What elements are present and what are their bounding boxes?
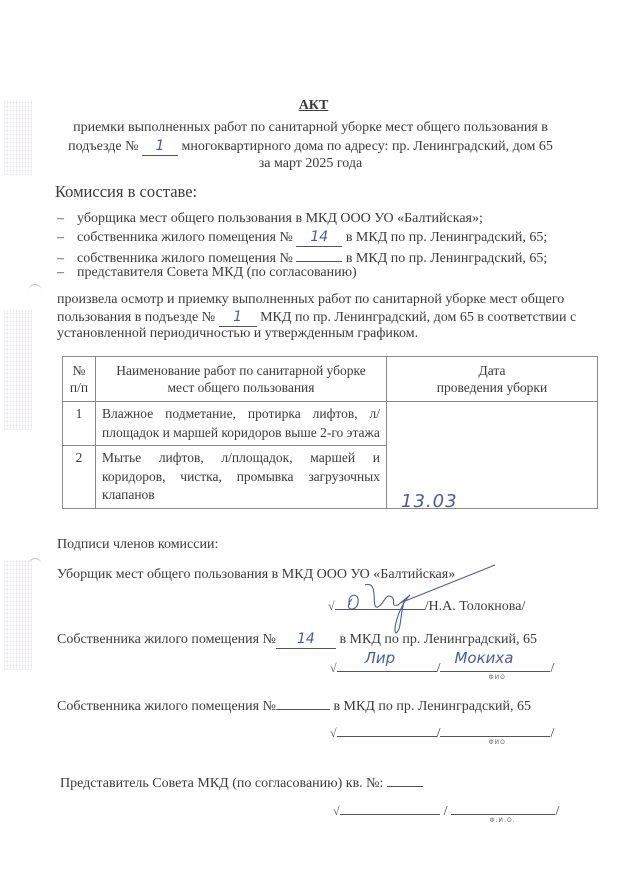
header-num: № п/п [63, 357, 96, 402]
owner2-label: Собственника жилого помещения № в МКД по… [57, 695, 531, 715]
signature-line: Лир [337, 657, 437, 672]
punch-hole-mark [28, 558, 42, 573]
inspection-line-2: пользования в подъезде № 1 МКД по пр. Ле… [57, 309, 576, 327]
council-signature-row: √/Ф.И.О./ [333, 800, 559, 820]
header-date: Дата проведения уборки [387, 357, 598, 402]
scan-margin-artifact [4, 310, 32, 430]
owner1-label: Собственника жилого помещения №14 в МКД … [57, 631, 537, 649]
owner1-signature-row: √Лир/МокихаФИО/ [330, 657, 554, 677]
signatures-heading: Подписи членов комиссии: [57, 537, 218, 553]
apartment-number-field: 14 [276, 631, 336, 649]
commission-member: –собственника жилого помещения № в МКД п… [57, 247, 547, 267]
table-row: 1 Влажное подметание, протирка лифтов, л… [63, 402, 598, 446]
fio-line: МокихаФИО [440, 657, 550, 672]
cleaner-signature-icon [330, 555, 500, 635]
council-label: Представитель Совета МКД (по согласовани… [60, 772, 423, 792]
commission-member: –собственника жилого помещения № 14 в МК… [57, 229, 547, 247]
apartment-number-field [387, 772, 423, 787]
subtitle-line-1: приемки выполненных работ по санитарной … [0, 120, 621, 136]
subtitle-line-2: подъезде № 1 многоквартирного дома по ад… [0, 138, 621, 156]
inspection-line-3: установленной периодичностью и утвержден… [57, 326, 418, 342]
handwritten-date: 13.03 [401, 493, 458, 512]
apartment-number-field [296, 247, 342, 262]
punch-hole-mark [28, 284, 42, 299]
entrance-number-field: 1 [142, 138, 178, 156]
works-table: № п/п Наименование работ по санитарной у… [62, 356, 598, 509]
table-header-row: № п/п Наименование работ по санитарной у… [63, 357, 598, 402]
signature-line [337, 722, 437, 737]
commission-heading: Комиссия в составе: [55, 182, 197, 202]
scanned-act-page: АКТ приемки выполненных работ по санитар… [0, 0, 621, 877]
entrance-number-field: 1 [219, 309, 257, 327]
apartment-number-field: 14 [296, 229, 342, 247]
row-work-name: Мытье лифтов, л/площадок, маршей и корид… [96, 446, 387, 509]
scan-margin-artifact [4, 560, 32, 670]
apartment-number-field [276, 695, 330, 710]
date-cell: 13.03 [387, 402, 598, 509]
document-title: АКТ [0, 98, 621, 114]
signature-line [340, 800, 440, 815]
row-num: 1 [63, 402, 96, 446]
fio-line: ФИО [440, 722, 550, 737]
commission-member: –представителя Совета МКД (по согласован… [57, 265, 357, 281]
row-work-name: Влажное подметание, протирка лифтов, л/п… [96, 402, 387, 446]
commission-member: –уборщика мест общего пользования в МКД … [57, 211, 483, 227]
inspection-line-1: произвела осмотр и приемку выполненных р… [57, 292, 564, 308]
header-work-name: Наименование работ по санитарной уборке … [96, 357, 387, 402]
fio-line: Ф.И.О. [451, 800, 555, 815]
row-num: 2 [63, 446, 96, 509]
owner2-signature-row: √/ФИО/ [330, 722, 554, 742]
subtitle-period: за март 2025 года [0, 156, 621, 172]
